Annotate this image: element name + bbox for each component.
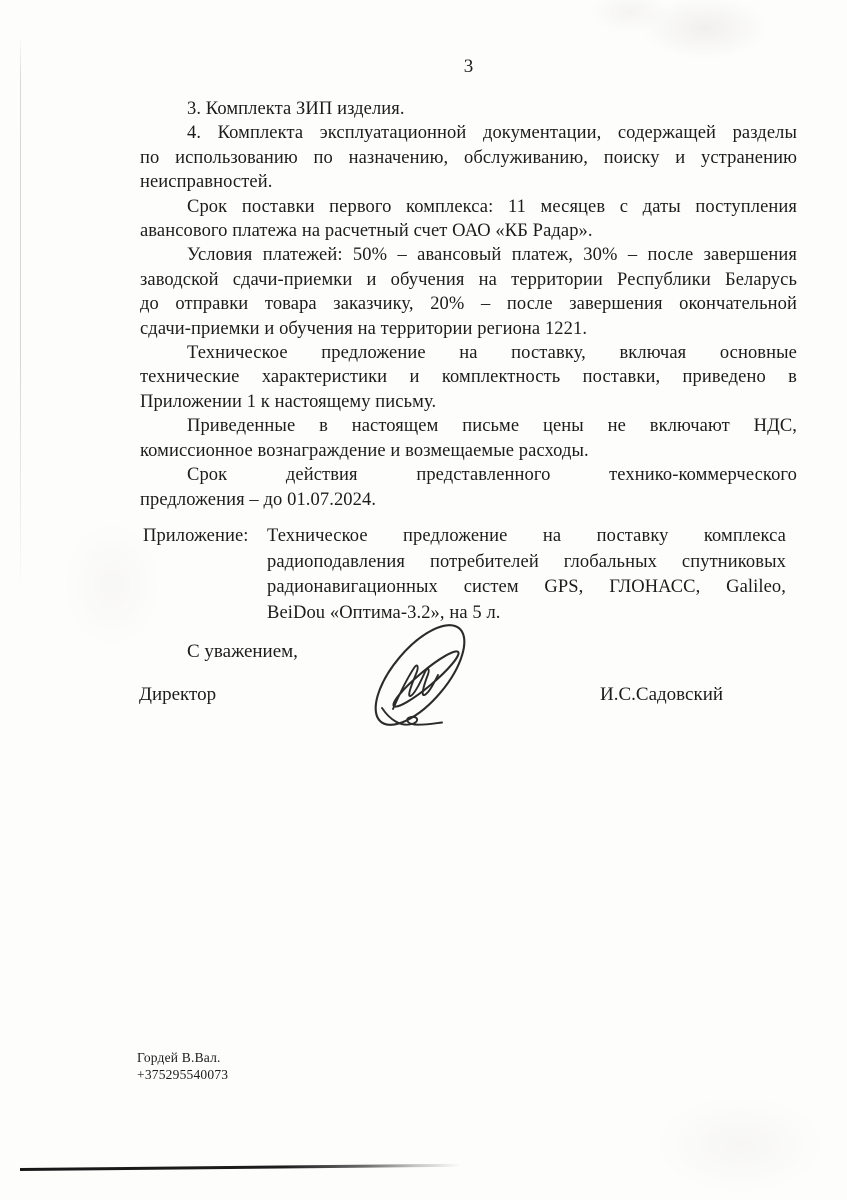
body-line: Условия платежей: 50% – авансовый платеж… [140, 243, 797, 267]
executor-phone: +375295540073 [137, 1067, 228, 1084]
scan-artifact-left-line [20, 36, 21, 596]
signer-role: Директор [139, 684, 216, 706]
attachment-text: Техническое предложение на поставку комп… [267, 524, 786, 626]
closing-salutation: С уважением, [187, 641, 298, 663]
executor-name: Гордей В.Вал. [137, 1050, 228, 1067]
body-line: Срок действия представленного технико-ко… [140, 463, 797, 487]
attachment-line: радиоподавления потребителей глобальных … [267, 550, 786, 576]
body-line: Срок поставки первого комплекса: 11 меся… [140, 195, 797, 219]
letter-body: 3. Комплекта ЗИП изделия. 4. Комплекта э… [140, 97, 797, 512]
attachment-line: BeiDou «Оптима-3.2», на 5 л. [267, 601, 786, 627]
body-line: Приложении 1 к настоящему письму. [140, 390, 797, 414]
body-line: авансового платежа на расчетный счет ОАО… [140, 219, 797, 243]
body-line: сдачи-приемки и обучения на территории р… [140, 317, 797, 341]
body-line: Приведенные в настоящем письме цены не в… [140, 414, 797, 438]
scan-artifact-bottom-line [20, 1164, 460, 1171]
executor-block: Гордей В.Вал. +375295540073 [137, 1050, 228, 1083]
body-line: неисправностей. [140, 170, 797, 194]
signer-name: И.С.Садовский [600, 684, 723, 706]
body-line: предложения – до 01.07.2024. [140, 488, 797, 512]
body-line: технические характеристики и комплектнос… [140, 365, 797, 389]
handwritten-signature-icon [355, 605, 495, 750]
body-line: комиссионное вознаграждение и возмещаемы… [140, 439, 797, 463]
body-line: Техническое предложение на поставку, вкл… [140, 341, 797, 365]
attachment-label: Приложение: [143, 524, 249, 550]
body-line: 3. Комплекта ЗИП изделия. [140, 97, 797, 121]
body-line: до отправки товара заказчику, 20% – посл… [140, 292, 797, 316]
attachment-line: радионавигационных систем GPS, ГЛОНАСС, … [267, 575, 786, 601]
body-line: 4. Комплекта эксплуатационной документац… [140, 121, 797, 145]
body-line: по использованию по назначению, обслужив… [140, 146, 797, 170]
body-line: заводской сдачи-приемки и обучения на те… [140, 268, 797, 292]
page-number: 3 [140, 56, 797, 78]
attachment-line: Техническое предложение на поставку комп… [267, 524, 786, 550]
scanned-letter-page: 3 3. Комплекта ЗИП изделия. 4. Комплекта… [0, 0, 847, 1200]
